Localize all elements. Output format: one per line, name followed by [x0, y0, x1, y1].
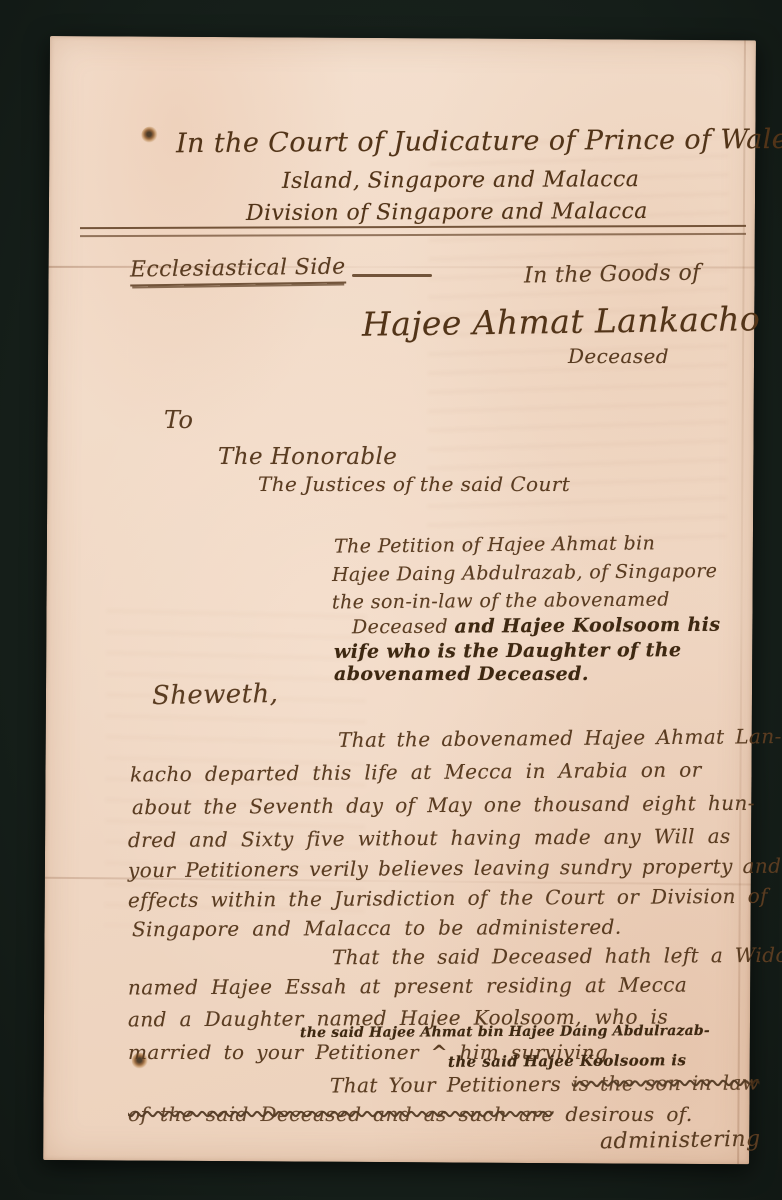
petition-line4-word: Deceased: [352, 616, 448, 639]
petition-line2: Hajee Daing Abdulrazab, of Singapore: [332, 560, 718, 586]
para2-line6b: desirous of.: [565, 1102, 692, 1126]
petition-insert3: abovenamed Deceased.: [334, 663, 589, 685]
salutation-honorable: The Honorable: [218, 444, 397, 470]
petition-line4: Deceased and Hajee Koolsoom his: [352, 614, 721, 639]
petition-line1: The Petition of Hajee Ahmat bin: [334, 532, 655, 557]
para1-line6: effects within the Jurisdiction of the C…: [128, 884, 768, 912]
para2-line2: named Hajee Essah at present residing at…: [128, 973, 687, 1000]
para2-interline-insert-a: the said Hajee Ahmat bin Hajee Daing Abd…: [300, 1023, 710, 1041]
para2-line5-struck-text: is the son in law: [572, 1071, 760, 1096]
para2-line4a: married to your Petitioner: [128, 1040, 419, 1064]
petition-line3: the son-in-law of the abovenamed: [332, 589, 670, 614]
goods-label: In the Goods of: [524, 260, 701, 288]
para2-line1: That the said Deceased hath left a Widow: [332, 943, 782, 969]
petition-insert1: and Hajee Koolsoom his: [454, 614, 720, 638]
para1-line3: about the Seventh day of May one thousan…: [132, 791, 755, 819]
para2-line6: of the said Deceased and as such are des…: [128, 1102, 693, 1126]
sheweth-heading: Sheweth,: [152, 679, 279, 711]
side-label: Ecclesiastical Side: [130, 254, 346, 282]
para1-line5: your Petitioners verily believes leaving…: [128, 854, 782, 883]
salutation-to: To: [164, 406, 193, 434]
petition-insert2: wife who is the Daughter of the: [334, 639, 682, 663]
deceased-name: Hajee Ahmat Lankacho: [362, 299, 761, 344]
court-title-line1: In the Court of Judicature of Prince of …: [176, 124, 782, 159]
para2-line5: That Your Petitioners is the son in law: [330, 1071, 760, 1098]
para1-line2: kacho departed this life at Mecca in Ara…: [130, 758, 702, 787]
para2-catchword: administering: [600, 1127, 761, 1155]
court-title-line2: Island, Singapore and Malacca: [282, 167, 639, 194]
photo-stage: In the Court of Judicature of Prince of …: [0, 0, 782, 1200]
side-label-text: Ecclesiastical Side: [130, 254, 346, 286]
para2-line6-struck-text: of the said Deceased and as such are: [128, 1102, 554, 1126]
dash-separator: [352, 274, 432, 277]
para1-line4: dred and Sixty five without having made …: [128, 824, 731, 852]
para1-line1: That the abovenamed Hajee Ahmat Lan-: [338, 724, 782, 752]
court-title-line3: Division of Singapore and Malacca: [246, 199, 648, 226]
punch-hole-top: [141, 127, 158, 144]
right-edge-shadow: [737, 40, 746, 1164]
para2-interline-insert-b: the said Hajee Koolsoom is: [448, 1051, 686, 1071]
deceased-status: Deceased: [568, 344, 669, 368]
salutation-justices: The Justices of the said Court: [258, 472, 570, 496]
para1-line7: Singapore and Malacca to be administered…: [132, 915, 622, 942]
para2-line5a: That Your Petitioners: [330, 1072, 561, 1098]
insert-caret: ^: [431, 1040, 448, 1064]
